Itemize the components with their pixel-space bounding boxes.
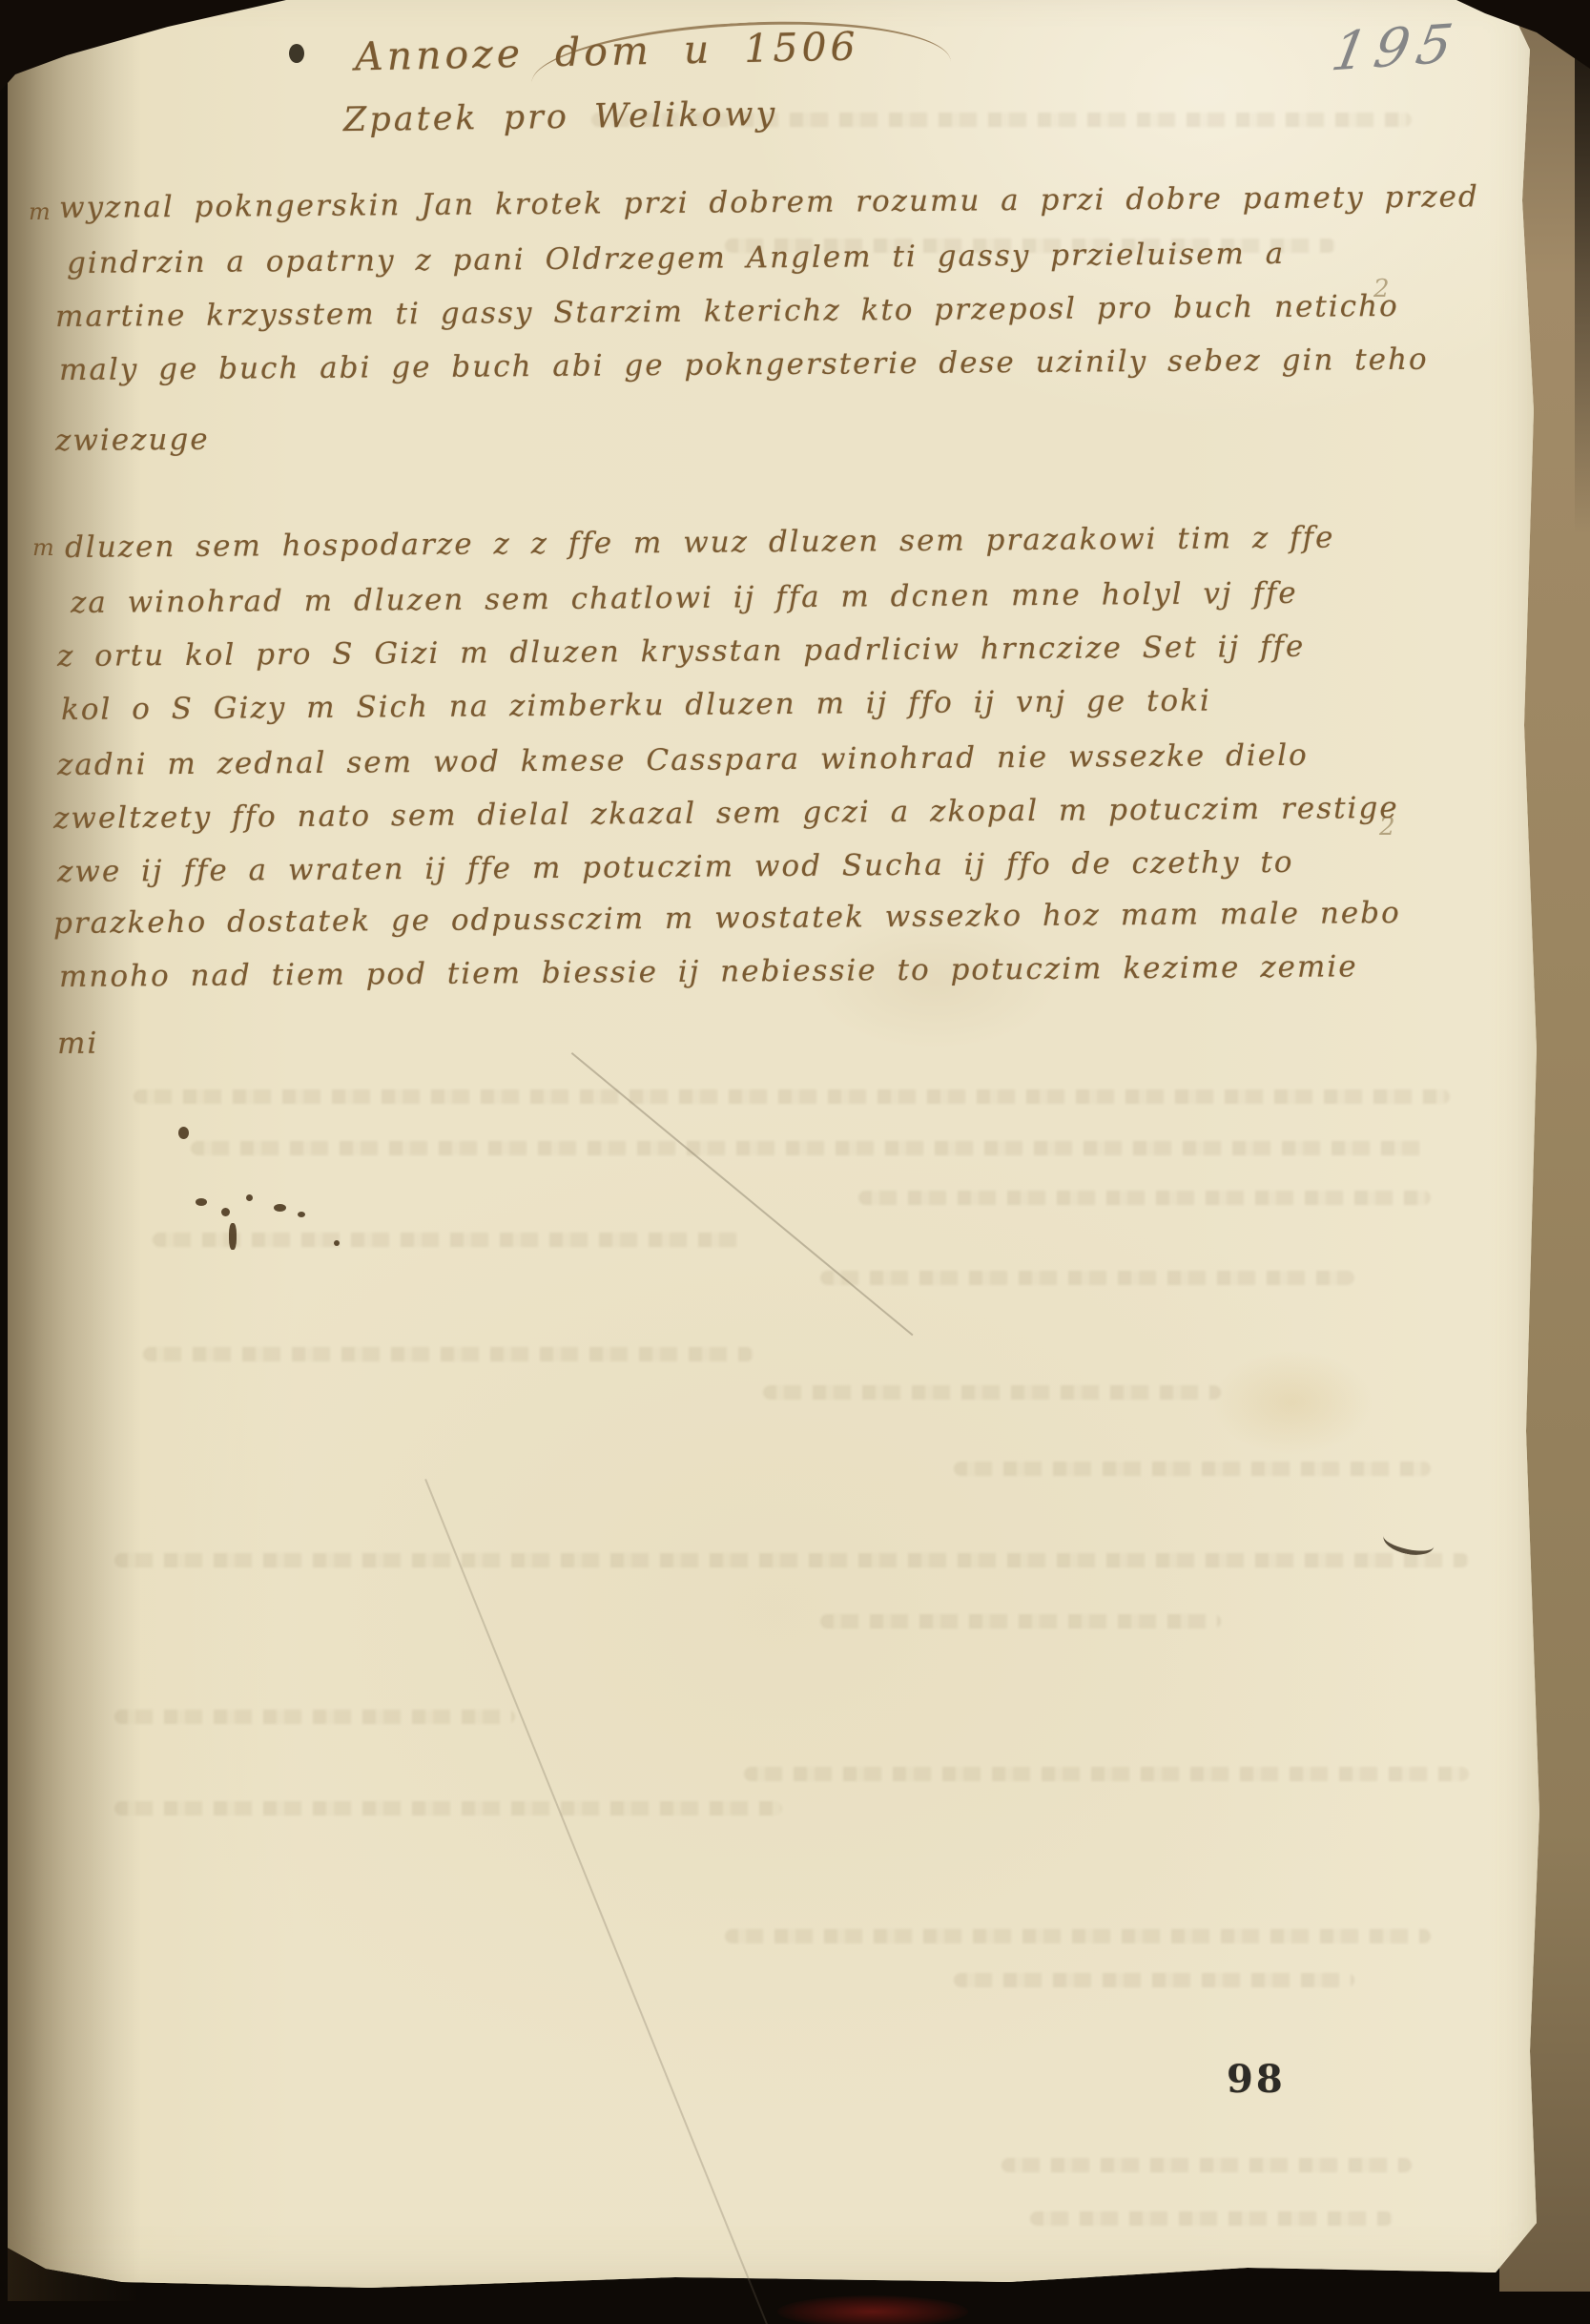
ink-speck xyxy=(229,1223,237,1250)
showthrough-line xyxy=(191,1141,1431,1155)
ink-speck xyxy=(246,1194,253,1201)
ink-speck xyxy=(298,1212,305,1217)
background-gap-right xyxy=(1575,0,1590,534)
ink-speck xyxy=(178,1127,189,1139)
showthrough-line xyxy=(114,1553,1469,1567)
ink-speck xyxy=(334,1240,340,1246)
showthrough-line xyxy=(134,1089,1450,1104)
showthrough-line xyxy=(1030,2211,1393,2226)
ink-blot xyxy=(289,44,304,63)
stamp-page-number: 98 xyxy=(1227,2057,1286,2102)
ink-speck xyxy=(221,1208,230,1216)
binding-gutter-shadow xyxy=(8,0,141,2301)
manuscript-line: mi xyxy=(57,1027,99,1061)
showthrough-line xyxy=(114,1801,782,1816)
showthrough-line xyxy=(954,1973,1354,1987)
yellow-stain xyxy=(1211,1350,1373,1455)
showthrough-line xyxy=(858,1191,1431,1205)
folio-number-pencil: 195 xyxy=(1327,13,1464,84)
showthrough-line xyxy=(820,1614,1221,1629)
showthrough-line xyxy=(763,1385,1221,1400)
showthrough-line xyxy=(744,1767,1469,1781)
ink-speck xyxy=(196,1198,207,1206)
binding-blob-bottom xyxy=(777,2295,968,2324)
showthrough-line xyxy=(114,1710,515,1724)
heading-title-line: Zpatek pro Welikowy xyxy=(343,95,778,139)
showthrough-line xyxy=(153,1233,744,1247)
showthrough-line xyxy=(143,1347,754,1361)
margin-marker-p2: m xyxy=(32,534,54,561)
showthrough-line xyxy=(820,1271,1354,1285)
showthrough-line xyxy=(725,1929,1431,1943)
margin-marker-p1: m xyxy=(29,198,51,225)
showthrough-line xyxy=(1001,2158,1412,2172)
manuscript-scan: Annoze dom u 1506 Zpatek pro Welikowy 19… xyxy=(0,0,1590,2324)
ink-speck xyxy=(274,1204,286,1212)
showthrough-line xyxy=(954,1462,1431,1476)
manuscript-line: zwiezuge xyxy=(55,423,210,458)
